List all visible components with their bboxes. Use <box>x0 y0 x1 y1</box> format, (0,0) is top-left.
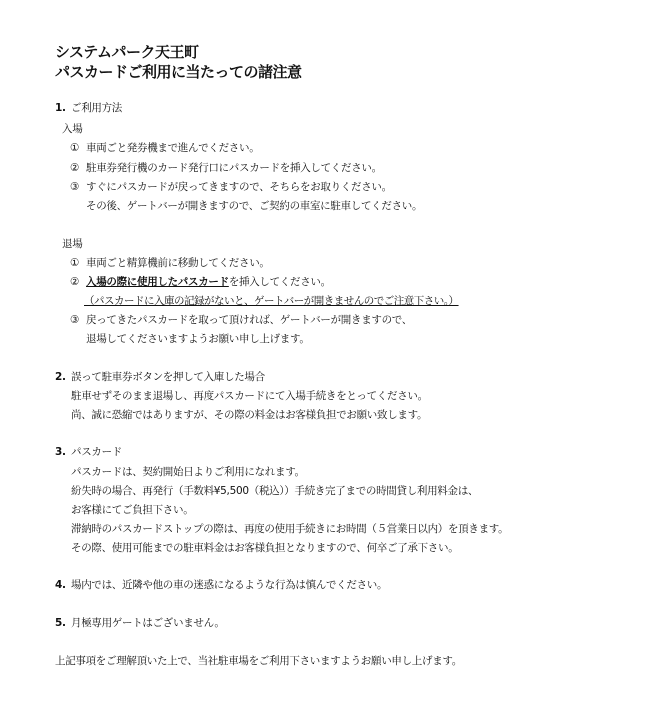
section-number: 1. <box>55 101 71 115</box>
exit-step-3-cont: 退場してくださいますようお願い申し上げます。 <box>86 332 310 346</box>
section-number: 4. <box>55 578 71 592</box>
entry-step-2: ②駐車券発行機のカード発行口にパスカードを挿入してください。 <box>70 161 382 175</box>
entry-note: その後、ゲートバーが開きますので、ご契約の車室に駐車してください。 <box>86 199 422 213</box>
section-2-line-2: 尚、誠に恐縮ではありますが、その際の料金はお客様負担でお願い致します。 <box>71 408 427 422</box>
section-2-line-1: 駐車せずそのまま退場し、再度パスカードにて入場手続きをとってください。 <box>71 389 428 403</box>
exit-step-2: ②入場の際に使用したパスカードを挿入してください。 <box>70 275 331 289</box>
entry-step-1: ①車両ごと発券機まで進んでください。 <box>70 141 259 155</box>
section-3-line-2: 紛失時の場合、再発行（手数料¥5,500（税込））手続き完了までの時間貸し利用料… <box>71 484 478 498</box>
document-title-line1: システムパーク天王町 <box>55 42 199 62</box>
section-3-line-3: お客様にてご負担下さい。 <box>71 503 193 517</box>
closing-statement: 上記事項をご理解頂いた上で、当社駐車場をご利用下さいますようお願い申し上げます。 <box>55 654 462 668</box>
section-5-heading: 5.月極専用ゲートはございません。 <box>55 616 225 630</box>
section-number: 2. <box>55 370 71 384</box>
section-3-line-4: 滞納時のパスカードストップの際は、再度の使用手続きにお時間（５営業日以内）を頂き… <box>71 522 508 536</box>
section-number: 5. <box>55 616 71 630</box>
section-2-heading: 2.誤って駐車券ボタンを押して入庫した場合 <box>55 370 265 384</box>
emphasis-text: 入場の際に使用したパスカード <box>86 276 229 288</box>
entry-step-3: ③すぐにパスカードが戻ってきますので、そちらをお取りください。 <box>70 180 392 194</box>
section-3-line-5: その際、使用可能までの駐車料金はお客様負担となりますので、何卒ご了承下さい。 <box>71 541 458 555</box>
exit-step-3: ③戻ってきたパスカードを取って頂ければ、ゲートバーが開きますので、 <box>70 313 412 327</box>
exit-step-2-note: （パスカードに入庫の記録がないと、ゲートバーが開きませんのでご注意下さい。） <box>84 294 459 308</box>
entry-label: 入場 <box>62 122 82 136</box>
document-title-line2: パスカードご利用に当たっての諸注意 <box>55 62 302 82</box>
section-3-line-1: パスカードは、契約開始日よりご利用になれます。 <box>71 465 305 479</box>
section-1-heading: 1.ご利用方法 <box>55 101 122 115</box>
exit-label: 退場 <box>62 237 82 251</box>
section-4-heading: 4.場内では、近隣や他の車の迷惑になるような行為は慎んでください。 <box>55 578 387 592</box>
exit-step-1: ①車両ごと精算機前に移動してください。 <box>70 256 270 270</box>
section-number: 3. <box>55 445 71 459</box>
section-3-heading: 3.パスカード <box>55 445 122 459</box>
